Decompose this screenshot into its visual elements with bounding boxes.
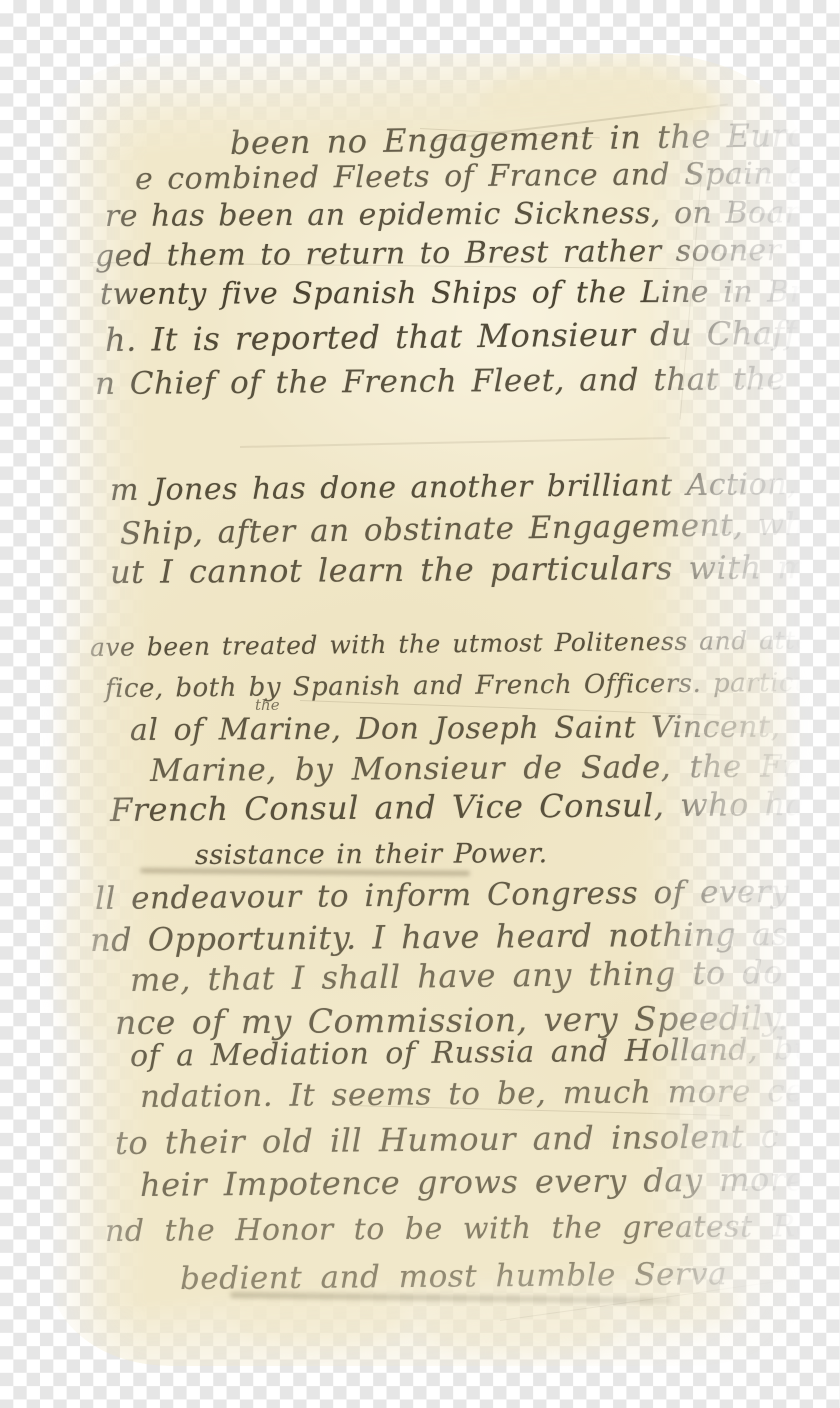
letter-line: ssistance in their Power. <box>195 838 548 871</box>
paper-sheet: been no Engagement in the Europeane comb… <box>50 54 802 1366</box>
letter-line: ave been treated with the utmost Politen… <box>90 625 840 662</box>
letter-line: m Jones has done another brilliant Actio… <box>110 467 840 508</box>
paper-crease <box>240 437 670 448</box>
letter-line: of a Mediation of Russia and Holland, bu… <box>130 1031 840 1074</box>
letter-line: ndation. It seems to be, much more certa <box>140 1073 840 1115</box>
letter-line: ut I cannot learn the particulars with m… <box>110 548 840 591</box>
letter-line: heir Impotence grows every day more <box>140 1160 805 1204</box>
letter-line: n Chief of the French Fleet, and that th… <box>95 360 840 402</box>
letter-line: French Consul and Vice Consul, who have … <box>110 784 840 829</box>
letter-line: e combined Fleets of France and Spain ar… <box>135 156 840 197</box>
transparency-checkerboard: been no Engagement in the Europeane comb… <box>0 0 840 1408</box>
letter-line: ged them to return to Brest rather soone… <box>95 232 840 274</box>
letter-line: re has been an epidemic Sickness, on Boa… <box>105 195 840 234</box>
manuscript-paper: been no Engagement in the Europeane comb… <box>50 54 802 1366</box>
letter-line: Ship, after an obstinate Engagement, whi… <box>120 505 840 552</box>
superscript-insert: the <box>255 696 280 714</box>
letter-line: al of Marine, Don Joseph Saint Vincent, … <box>130 709 840 748</box>
letter-line: nd Opportunity. I have heard nothing as … <box>90 914 840 959</box>
letter-line: me, that I shall have any thing to do in <box>130 952 832 999</box>
letter-line: Marine, by Monsieur de Sade, the Fren <box>150 748 837 789</box>
letter-line: to their old ill Humour and insolent c <box>115 1117 780 1162</box>
letter-line: h. It is reported that Monsieur du Chaff… <box>105 313 840 359</box>
letter-line: twenty five Spanish Ships of the Line in… <box>100 274 840 312</box>
letter-line: fice, both by Spanish and French Officer… <box>105 667 840 704</box>
letter-line: ll endeavour to inform Congress of every… <box>95 873 840 917</box>
letter-line: bedient and most humble Serva <box>180 1256 727 1297</box>
letter-line: nd the Honor to be with the greatest Re <box>105 1209 814 1249</box>
letter-line: been no Engagement in the European <box>230 115 840 162</box>
